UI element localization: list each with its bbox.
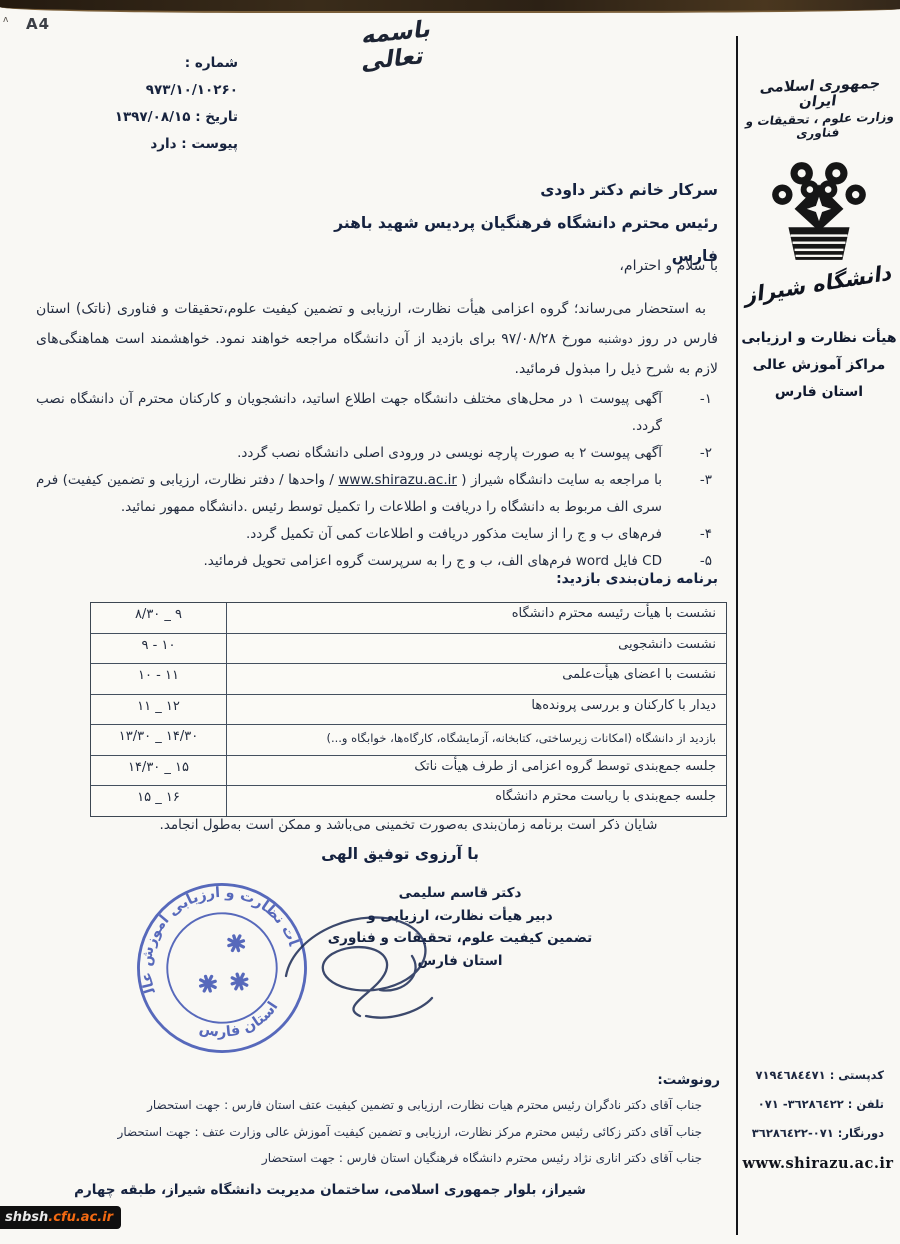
table-row: نشست با اعضای هیأت‌علمی ۱۰ - ۱۱	[91, 663, 726, 694]
schedule-note: شایان ذکر است برنامه زمان‌بندی به‌صورت ت…	[90, 817, 727, 833]
activity-cell: نشست با اعضای هیأت‌علمی	[227, 664, 726, 694]
table-row: بازدید از دانشگاه (امکانات زیرساختی، کتا…	[91, 724, 726, 755]
item-text: با مراجعه به سایت دانشگاه شیراز ( www.sh…	[36, 467, 662, 521]
org-line-1: هیأت نظارت و ارزیابی	[740, 330, 898, 346]
scan-edge-bar	[0, 0, 900, 13]
weekday-word: دوشنبه	[598, 332, 633, 346]
item-text-prefix: با مراجعه به سایت دانشگاه شیراز (	[457, 472, 662, 488]
cc-line: جناب آقای دکتر اناری نژاد رئیس محترم دان…	[95, 1145, 720, 1172]
table-row: نشست دانشجویی ۹ - ۱۰	[91, 633, 726, 664]
recipient-name: سرکار خانم دکتر داودی	[300, 174, 718, 207]
item-number: ۱-	[662, 386, 718, 440]
list-item: ۴- فرم‌های ب و ج را از سایت مذکور دریافت…	[36, 521, 718, 548]
closing-blessing: با آرزوی توفیق الهی	[100, 845, 700, 863]
schedule-heading: برنامه زمان‌بندی بازدید:	[36, 571, 718, 587]
ministry-title: وزارت علوم ، تحقیقات و فناوری	[738, 109, 900, 142]
time-cell: ۱۰ - ۱۱	[91, 664, 227, 694]
salutation: با سلام و احترام،	[430, 258, 718, 274]
carbon-copy-block: رونوشت: جناب آقای دکتر نادگران رئیس محتر…	[95, 1072, 720, 1172]
item-number: ۳-	[662, 467, 718, 521]
time-cell: ۱۴/۳۰ _ ۱۵	[91, 756, 227, 786]
item-number: ۴-	[662, 521, 718, 548]
country-title: جمهوری اسلامی ایران	[737, 75, 900, 112]
activity-cell: بازدید از دانشگاه (امکانات زیرساختی، کتا…	[227, 725, 726, 755]
scanned-letter-page: ʌ A4 باسمه تعالی شماره : ۹۷۳/۱۰/۱۰۲۶۰ تا…	[0, 0, 900, 1244]
item-number: ۲-	[662, 440, 718, 467]
attachment-label: پیوست :	[181, 136, 238, 152]
time-cell: ۹ - ۱۰	[91, 634, 227, 664]
besmele-calligraphy: باسمه تعالی	[325, 12, 466, 79]
body-paragraph: به استحضار می‌رساند؛ گروه اعزامی هیأت نظ…	[36, 294, 718, 384]
column-divider-line	[736, 36, 738, 1235]
time-cell: ۸/۳۰ _ ۹	[91, 603, 227, 633]
schedule-table: نشست با هیأت رئیسه محترم دانشگاه ۸/۳۰ _ …	[90, 602, 727, 817]
time-cell: ۱۵ _ ۱۶	[91, 786, 227, 816]
fax-line: دورنگار: ٠٧١-٣٦٢٨٦٤٢٢	[740, 1126, 896, 1140]
table-row: جلسه جمع‌بندی با ریاست محترم دانشگاه ۱۵ …	[91, 785, 726, 816]
list-item: ۱- آگهی پیوست ۱ در محل‌های مختلف دانشگاه…	[36, 386, 718, 440]
cc-heading: رونوشت:	[95, 1072, 720, 1088]
shiraz-university-logo-icon	[768, 158, 870, 270]
postal-code-line: کدپستی : ٧١٩٤٦٨٤٤٧١	[740, 1068, 896, 1082]
stamp-flower-icon	[189, 934, 257, 1001]
time-cell: ۱۱ _ ۱۲	[91, 695, 227, 725]
watermark-site-name: shbsh	[5, 1210, 48, 1225]
letter-date-value: ۱۳۹۷/۰۸/۱۵	[115, 109, 191, 125]
letter-attachment-line: پیوست : دارد	[86, 131, 238, 158]
contact-info-block: کدپستی : ٧١٩٤٦٨٤٤٧١ تلفن : ٣٦٢٨٦٤٢٢- ٠٧١…	[740, 1068, 896, 1172]
table-row: نشست با هیأت رئیسه محترم دانشگاه ۸/۳۰ _ …	[91, 603, 726, 633]
activity-cell: نشست دانشجویی	[227, 634, 726, 664]
watermark-badge: shbsh.cfu.ac.ir	[0, 1206, 121, 1229]
activity-cell: جلسه جمع‌بندی توسط گروه اعزامی از طرف هی…	[227, 756, 726, 786]
list-item: ۳- با مراجعه به سایت دانشگاه شیراز ( www…	[36, 467, 718, 521]
cc-line: جناب آقای دکتر نادگران رئیس محترم هیات ن…	[95, 1092, 720, 1119]
letter-number-value: ۹۷۳/۱۰/۱۰۲۶۰	[86, 77, 238, 104]
activity-cell: نشست با هیأت رئیسه محترم دانشگاه	[227, 603, 726, 633]
activity-cell: جلسه جمع‌بندی با ریاست محترم دانشگاه	[227, 786, 726, 816]
paper-size-label: A4	[26, 15, 50, 33]
activity-cell: دیدار با کارکنان و بررسی پرونده‌ها	[227, 695, 726, 725]
list-item: ۲- آگهی پیوست ۲ به صورت پارچه نویسی در و…	[36, 440, 718, 467]
corner-mark: ʌ	[3, 15, 8, 25]
phone-line: تلفن : ٣٦٢٨٦٤٢٢- ٠٧١	[740, 1097, 896, 1111]
attachment-value: دارد	[150, 136, 176, 152]
item-text: فرم‌های ب و ج را از سایت مذکور دریافت و …	[36, 521, 662, 548]
time-cell: ۱۳/۳۰ _ ۱۴/۳۰	[91, 725, 227, 755]
footer-address: شیراز، بلوار جمهوری اسلامی، ساختمان مدیر…	[70, 1182, 590, 1198]
org-line-3: استان فارس	[740, 384, 898, 400]
letter-meta-block: شماره : ۹۷۳/۱۰/۱۰۲۶۰ تاریخ : ۱۳۹۷/۰۸/۱۵ …	[86, 50, 238, 158]
table-row: جلسه جمع‌بندی توسط گروه اعزامی از طرف هی…	[91, 755, 726, 786]
letter-number-label: شماره :	[86, 50, 238, 77]
letter-date-line: تاریخ : ۱۳۹۷/۰۸/۱۵	[86, 104, 238, 131]
watermark-domain: .cfu.ac.ir	[48, 1210, 113, 1225]
instruction-list: ۱- آگهی پیوست ۱ در محل‌های مختلف دانشگاه…	[36, 386, 718, 575]
website-url: www.shirazu.ac.ir	[740, 1155, 896, 1172]
org-line-2: مراکز آموزش عالی	[740, 357, 898, 373]
letter-date-label: تاریخ :	[195, 109, 238, 125]
shirazu-url-text: www.shirazu.ac.ir	[338, 472, 457, 488]
item-text: آگهی پیوست ۱ در محل‌های مختلف دانشگاه جه…	[36, 386, 662, 440]
cc-line: جناب آقای دکتر زکائی رئیس محترم مرکز نظا…	[95, 1119, 720, 1146]
table-row: دیدار با کارکنان و بررسی پرونده‌ها ۱۱ _ …	[91, 694, 726, 725]
item-text: آگهی پیوست ۲ به صورت پارچه نویسی در ورود…	[36, 440, 662, 467]
handwritten-signature	[272, 898, 472, 1028]
